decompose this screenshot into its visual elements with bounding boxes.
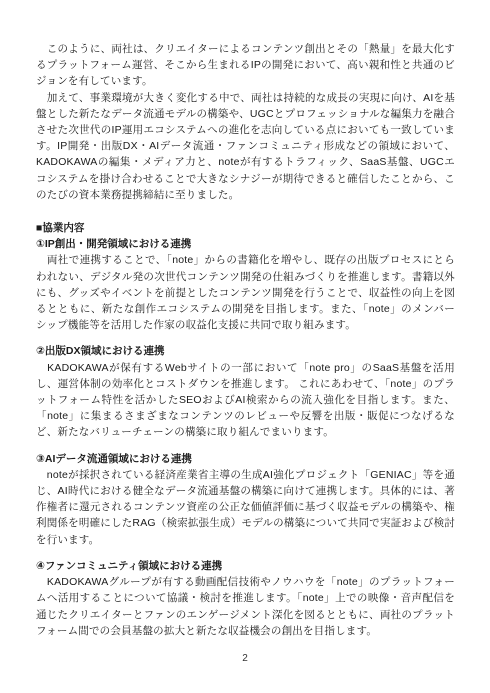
page-number: 2 (0, 653, 490, 665)
section-fan-community: ④ファンコミュニティ領域における連携 KADOKAWAグループが有する動画配信技… (36, 558, 455, 639)
section-ip-creation: ①IP創出・開発領域における連携 両社で連携することで、「note」からの書籍化… (36, 236, 455, 333)
section-body: KADOKAWAグループが有する動画配信技術やノウハウを「note」のプラットフ… (36, 574, 455, 639)
section-title: ③AIデータ流通領域における連携 (36, 451, 455, 467)
section-title: ④ファンコミュニティ領域における連携 (36, 558, 455, 574)
section-title: ②出版DX領域における連携 (36, 343, 455, 359)
document-body: このように、両社は、クリエイターによるコンテンツ創出とその「熱量」を最大化するプ… (36, 41, 455, 639)
section-body: KADOKAWAが保有するWebサイトの一部において「note pro」のSaa… (36, 360, 455, 441)
document-page: このように、両社は、クリエイターによるコンテンツ創出とその「熱量」を最大化するプ… (0, 0, 490, 693)
section-publishing-dx: ②出版DX領域における連携 KADOKAWAが保有するWebサイトの一部において… (36, 343, 455, 440)
section-body: 両社で連携することで、「note」からの書籍化を増やし、既存の出版プロセスにとら… (36, 252, 455, 333)
intro-paragraph-2: 加えて、事業環境が大きく変化する中で、両社は持続的な成長の実現に向け、AIを基盤… (36, 90, 455, 203)
section-ai-data: ③AIデータ流通領域における連携 noteが採択されている経済産業省主導の生成A… (36, 451, 455, 548)
section-body: noteが採択されている経済産業省主導の生成AI強化プロジェクト「GENIAC」… (36, 467, 455, 548)
collaboration-heading: ■協業内容 (36, 220, 455, 236)
intro-paragraph-1: このように、両社は、クリエイターによるコンテンツ創出とその「熱量」を最大化するプ… (36, 41, 455, 90)
section-title: ①IP創出・開発領域における連携 (36, 236, 455, 252)
